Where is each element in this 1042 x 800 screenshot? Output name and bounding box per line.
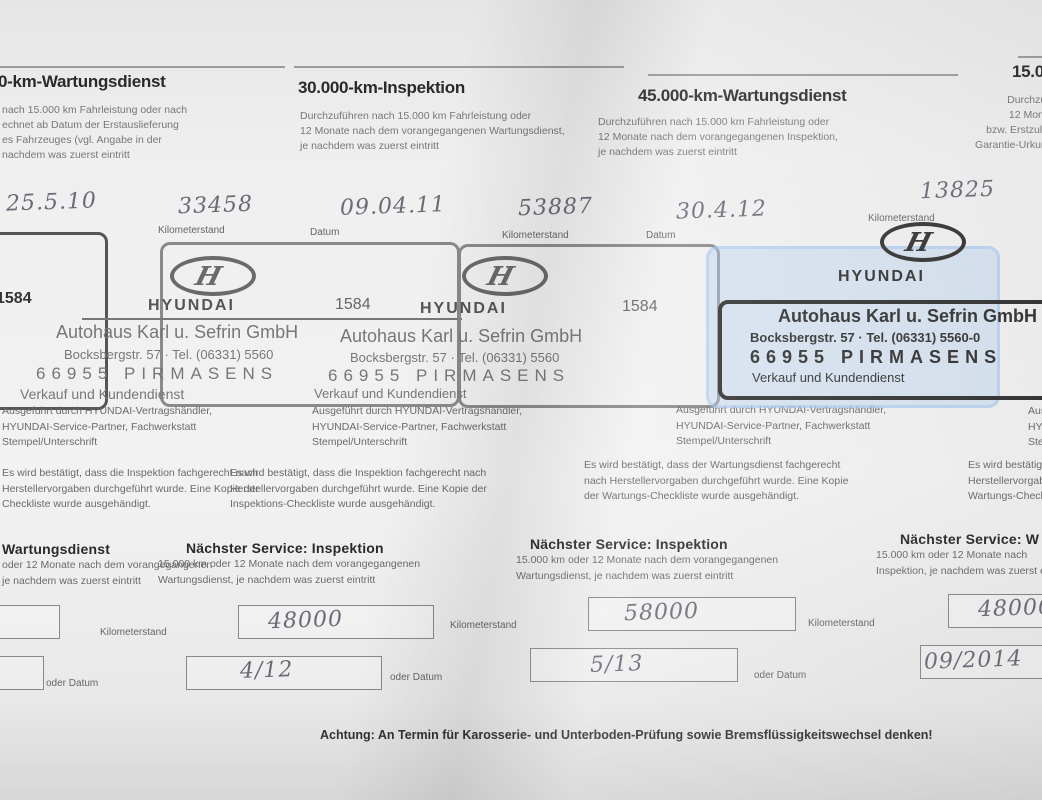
col4-stamp-company: Autohaus Karl u. Sefrin GmbH — [778, 306, 1037, 327]
col2-handwritten-date: 09.04.11 — [340, 192, 447, 221]
col2-next-date-label: oder Datum — [390, 672, 442, 683]
col3-stamp-brand: HYUNDAI — [420, 300, 507, 318]
col4-confirmation: Es wird bestätig Herstellervorgabe Wartu… — [968, 458, 1042, 505]
col4-stamp-brand: HYUNDAI — [838, 268, 925, 286]
col2-dealer-no: 1584 — [335, 296, 371, 314]
col2-frame — [294, 66, 624, 68]
col4-executed-by: Ausgeführt HYUNDAI Stempel/U — [1028, 404, 1042, 451]
col1-next-date-label: oder Datum — [46, 678, 98, 689]
col1-description: nach 15.000 km Fahrleistung oder nach ec… — [2, 103, 187, 163]
col3-stamp-address: Bocksbergstr. 57 · Tel. (06331) 5560 — [350, 350, 559, 365]
col1-next-date-box[interactable] — [0, 656, 44, 690]
col4-stamp-city: 66955 PIRMASENS — [750, 347, 1002, 368]
col2-next-km-label: Kilometerstand — [450, 620, 517, 631]
col4-next-km-value: 48000 — [978, 595, 1042, 623]
col3-dealer-no: 1584 — [622, 298, 658, 316]
col3-stamp-service: Verkauf und Kundendienst — [314, 386, 467, 401]
col3-next-date-label: oder Datum — [754, 670, 806, 681]
col3-hyundai-logo-icon: H — [462, 256, 548, 296]
col2-handwritten-km: 33458 — [178, 192, 254, 220]
footer-note: Achtung: An Termin für Karosserie- und U… — [320, 728, 933, 742]
col4-next-text: 15.000 km oder 12 Monate nach Inspektion… — [876, 548, 1042, 579]
col3-confirmation: Es wird bestätigt, dass der Wartungsdien… — [584, 458, 848, 505]
col3-stamp-company: Autohaus Karl u. Sefrin GmbH — [340, 326, 582, 347]
col2-title: 30.000-km-Inspektion — [298, 78, 465, 98]
col3-stamp-city: 66955 PIRMASENS — [328, 366, 570, 386]
col4-next-date-value: 09/2014 — [924, 646, 1023, 674]
col3-next-date-value: 5/13 — [590, 651, 644, 678]
col4-next-title: Nächster Service: W — [900, 531, 1039, 547]
col3-description: Durchzuführen nach 15.000 km Fahrleistun… — [598, 115, 838, 160]
col1-title: 0-km-Wartungsdienst — [0, 72, 165, 92]
col2-description: Durchzuführen nach 15.000 km Fahrleistun… — [300, 109, 565, 154]
col3-executed-by: Ausgeführt durch HYUNDAI-Vertragshändler… — [676, 403, 886, 450]
col2-next-date-value: 4/12 — [240, 657, 294, 684]
col2-lower-confirmation: Es wird bestätigt, dass die Inspektion f… — [230, 466, 487, 513]
col2-stamp-city: 66955 PIRMASENS — [36, 364, 278, 384]
col1-frame — [0, 66, 285, 68]
col2-date-label: Datum — [310, 227, 339, 238]
col2-next-km-value: 48000 — [268, 607, 344, 635]
col1-next-km-box[interactable] — [0, 605, 60, 639]
col3-handwritten-km: 53887 — [518, 194, 594, 222]
col4-handwritten-km: 13825 — [920, 177, 996, 205]
col3-handwritten-date: 30.4.12 — [676, 196, 768, 224]
col3-next-km-value: 58000 — [624, 599, 700, 627]
col2-confirmation: Es wird bestätigt, dass die Inspektion f… — [2, 466, 259, 513]
col4-stamp-address: Bocksbergstr. 57 · Tel. (06331) 5560-0 — [750, 330, 980, 345]
col2-stamp-brand: HYUNDAI — [148, 297, 235, 315]
col4-title: 15.0 — [1012, 62, 1042, 82]
col3-next-text: 15.000 km oder 12 Monate nach dem vorang… — [516, 553, 778, 584]
col3-date-label: Datum — [646, 230, 675, 241]
col2-next-text: 15.000 km oder 12 Monate nach dem vorang… — [158, 557, 420, 588]
col1-handwritten-date: 25.5.10 — [6, 188, 98, 216]
col2-stamp-service: Verkauf und Kundendienst — [20, 386, 184, 402]
col1-next-km-label: Kilometerstand — [100, 627, 167, 638]
paper-bottom-shading — [0, 700, 1042, 800]
col2-stamp-rule — [82, 318, 462, 320]
col2-next-title: Nächster Service: Inspektion — [186, 540, 384, 556]
col3-km-label: Kilometerstand — [502, 230, 569, 241]
col2-lower-executed: Ausgeführt durch HYUNDAI-Vertragshändler… — [312, 404, 522, 451]
col3-title: 45.000-km-Wartungsdienst — [638, 86, 847, 106]
col2-executed-by: Ausgeführt durch HYUNDAI-Vertragshändler… — [2, 404, 212, 451]
col3-next-title: Nächster Service: Inspektion — [530, 536, 728, 552]
col1-next-title: Wartungsdienst — [2, 541, 110, 557]
col3-next-km-label: Kilometerstand — [808, 618, 875, 629]
col4-description: Durchzuführen 12 Monaten, o bzw. Erstzul… — [956, 93, 1042, 153]
col2-km-label: Kilometerstand — [158, 225, 225, 236]
col4-frame — [1018, 56, 1042, 58]
col2-stamp-address: Bocksbergstr. 57 · Tel. (06331) 5560 — [64, 347, 273, 362]
col4-hyundai-logo-icon: H — [880, 222, 966, 262]
col2-stamp-company: Autohaus Karl u. Sefrin GmbH — [56, 322, 298, 343]
col1-dealer-no: 1584 — [0, 290, 32, 308]
col4-stamp-service: Verkauf und Kundendienst — [752, 370, 905, 385]
col2-hyundai-logo-icon: H — [170, 256, 256, 296]
col3-frame — [648, 74, 958, 76]
